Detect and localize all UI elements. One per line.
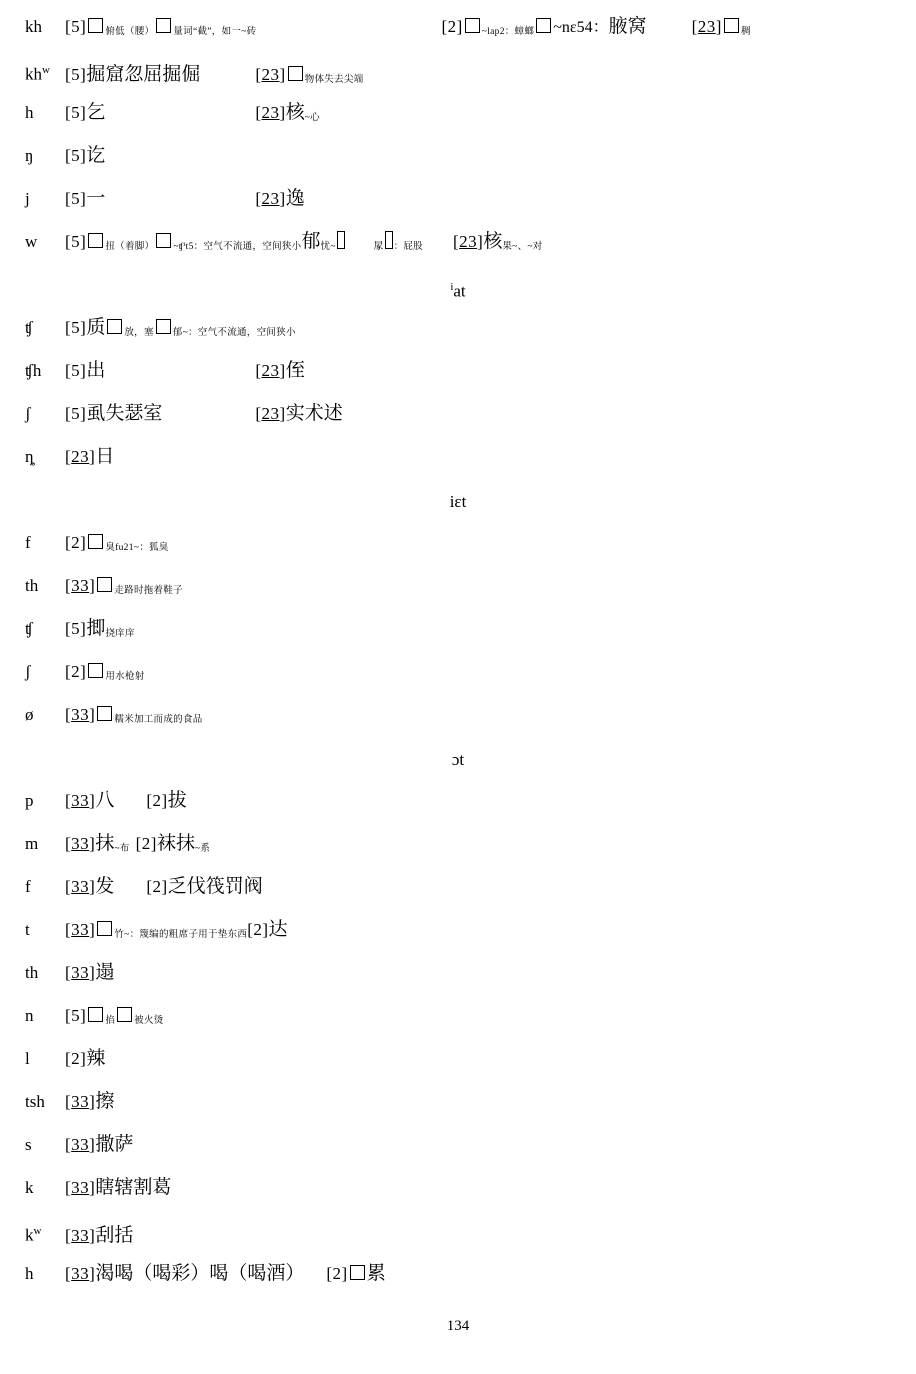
entry-content: [2]用水枪射 xyxy=(65,664,145,681)
tone-bracket: [23] xyxy=(255,103,285,122)
tone-number: 5 xyxy=(71,17,80,36)
entry-content: [33]糯米加工而成的食品 xyxy=(65,707,203,724)
tone-number: 5 xyxy=(71,619,80,638)
annotation-note: 臭fu21~：狐臭 xyxy=(105,543,168,553)
initial-label: j xyxy=(25,186,65,212)
tone-number: 2 xyxy=(448,17,457,36)
header-final-label: iɛt xyxy=(450,492,467,511)
annotation-note: 忧~ xyxy=(321,242,336,252)
tone-bracket: [23] xyxy=(255,189,285,208)
tone-segment: [33]撒萨 xyxy=(65,1137,133,1154)
tone-segment: [23]侄 xyxy=(255,363,304,380)
character-text: 掘窟忽屈掘倔 xyxy=(86,64,200,85)
annotation-note: 量词“截”，如一~砖 xyxy=(173,27,256,37)
tone-number: 5 xyxy=(71,103,80,122)
entry-row: k[33]瞎辖割葛 xyxy=(0,1175,916,1218)
tone-segment: [23]核果~、~对 xyxy=(453,234,543,251)
annotation-note: 果~、~对 xyxy=(502,242,542,252)
initial-label: ʧh xyxy=(25,358,65,384)
missing-glyph-box xyxy=(337,231,345,249)
character-text: 八 xyxy=(95,790,114,811)
tone-number: 23 xyxy=(262,404,280,423)
entry-row: s[33]撒萨 xyxy=(0,1132,916,1175)
character-text: 出 xyxy=(86,360,105,381)
initial-label: th xyxy=(25,960,65,986)
tone-segment: [23]日 xyxy=(65,449,114,466)
tone-number: 2 xyxy=(71,662,80,681)
entry-row: ŋ[5]讫 xyxy=(0,143,916,186)
tone-bracket: [33] xyxy=(65,576,95,595)
entry-row: t[33]竹~：篾编的粗席子用于垫东西[2]达 xyxy=(0,917,916,960)
undefined-char-box xyxy=(97,706,112,721)
tone-number: 2 xyxy=(71,533,80,552)
tone-number: 2 xyxy=(153,877,162,896)
tone-number: 33 xyxy=(71,920,89,939)
initial-label: p xyxy=(25,788,65,814)
initial-label: f xyxy=(25,530,65,556)
tone-number: 5 xyxy=(71,189,80,208)
initial-label: s xyxy=(25,1132,65,1158)
character-text: 抹 xyxy=(95,833,114,854)
tone-segment: [23]逸 xyxy=(255,191,304,208)
phonetic-note: ~nɛ54： xyxy=(553,19,608,36)
character-text: 腋窝 xyxy=(609,16,647,37)
tone-segment: [33]走路时拖着鞋子 xyxy=(65,578,183,595)
undefined-char-box xyxy=(156,18,171,33)
character-text: 发 xyxy=(95,876,114,897)
tone-bracket: [33] xyxy=(65,791,95,810)
tone-segment: [23]稠 xyxy=(692,19,751,36)
entry-row: p[33]八[2]拔 xyxy=(0,788,916,831)
undefined-char-box xyxy=(97,921,112,936)
entry-row: th[33]遢 xyxy=(0,960,916,1003)
tone-segment: [2]用水枪射 xyxy=(65,664,145,681)
tone-segment: [33]遢 xyxy=(65,965,114,982)
tone-segment: [5]出 xyxy=(65,363,105,380)
tone-number: 33 xyxy=(71,1092,89,1111)
entry-content: [33]刮括 xyxy=(65,1228,133,1245)
initial-label: ʃ xyxy=(25,659,65,685)
undefined-char-box xyxy=(156,319,171,334)
entry-row: ø[33]糯米加工而成的食品 xyxy=(0,702,916,745)
tone-segment: [23]物体失去尖端 xyxy=(255,67,363,84)
tone-segment: [2]达 xyxy=(247,922,287,939)
character-text: 虱失瑟室 xyxy=(86,403,162,424)
tone-segment: [33]竹~：篾编的粗席子用于垫东西 xyxy=(65,922,247,939)
entry-content: [5]一[23]逸 xyxy=(65,191,305,208)
entry-content: [2]辣 xyxy=(65,1051,105,1068)
tone-bracket: [33] xyxy=(65,705,95,724)
initial-label: m xyxy=(25,831,65,857)
undefined-char-box xyxy=(536,18,551,33)
entry-row: h[33]渴喝（喝彩）喝（喝酒）[2]累 xyxy=(0,1261,916,1304)
tone-bracket: [33] xyxy=(65,1264,95,1283)
character-text: 乞 xyxy=(86,102,105,123)
tone-segment: [2]~lap2：蟑螂~nɛ54：腋窝 xyxy=(441,19,646,36)
tone-number: 33 xyxy=(71,1178,89,1197)
tone-bracket: [33] xyxy=(65,1092,95,1111)
initial-label: f xyxy=(25,874,65,900)
entry-content: [33]走路时拖着鞋子 xyxy=(65,578,183,595)
tone-number: 23 xyxy=(262,103,280,122)
annotation-note: 被火烫 xyxy=(134,1016,163,1026)
final-section-header: iat xyxy=(0,272,916,315)
tone-segment: [33]发 xyxy=(65,879,114,896)
tone-number: 33 xyxy=(71,834,89,853)
tone-bracket: [2] xyxy=(146,791,167,810)
entry-content: [5]扭（着脚）~ʧⁱt5：空气不流通，空间狭小郁忧~㞘：屁股[23]核果~、~… xyxy=(65,234,543,251)
entry-content: [5]出[23]侄 xyxy=(65,363,305,380)
entry-row: ȵ[23]日 xyxy=(0,444,916,487)
tone-bracket: [5] xyxy=(65,103,86,122)
tone-number: 23 xyxy=(71,447,89,466)
undefined-char-box xyxy=(88,18,103,33)
entry-row: ʧ[5]揤挠庠庠 xyxy=(0,616,916,659)
character-text: 郁 xyxy=(301,231,320,252)
header-final-label: ɔt xyxy=(452,750,464,769)
undefined-char-box xyxy=(97,577,112,592)
dictionary-page: kh[5]俯低（腰）量词“截”，如一~砖[2]~lap2：蟑螂~nɛ54：腋窝[… xyxy=(0,0,916,1374)
annotation-note: 掐 xyxy=(105,1016,115,1026)
tone-number: 2 xyxy=(253,920,262,939)
tone-segment: [2]辣 xyxy=(65,1051,105,1068)
entry-row: h[5]乞[23]核~心 xyxy=(0,100,916,143)
tone-segment: [5]掘窟忽屈掘倔 xyxy=(65,67,200,84)
tone-number: 33 xyxy=(71,1264,89,1283)
annotation-note: 竹~：篾编的粗席子用于垫东西 xyxy=(114,930,247,940)
annotation-note: 俯低（腰） xyxy=(105,27,154,37)
page-number: 134 xyxy=(0,1318,916,1335)
tone-segment: [2]累 xyxy=(326,1266,385,1283)
tone-segment: [2]袜抹~系 xyxy=(136,836,211,853)
undefined-char-box xyxy=(156,233,171,248)
tone-number: 2 xyxy=(153,791,162,810)
entry-content: [33]抹~布[2]袜抹~系 xyxy=(65,836,210,853)
character-text: 袜抹 xyxy=(157,833,195,854)
entry-content: [33]遢 xyxy=(65,965,114,982)
final-section-header: iɛt xyxy=(0,487,916,530)
entry-row: kw[33]刮括 xyxy=(0,1218,916,1261)
initial-label: h xyxy=(25,100,65,126)
character-text: 实术述 xyxy=(286,403,343,424)
header-final-label: at xyxy=(453,282,465,301)
initial-label: ʧ xyxy=(25,616,65,642)
entry-content: [5]乞[23]核~心 xyxy=(65,105,320,122)
undefined-char-box xyxy=(107,319,122,334)
tone-number: 5 xyxy=(71,146,80,165)
entry-content: [33]竹~：篾编的粗席子用于垫东西[2]达 xyxy=(65,922,288,939)
entry-content: [33]渴喝（喝彩）喝（喝酒）[2]累 xyxy=(65,1266,386,1283)
tone-segment: [33]抹~布 xyxy=(65,836,130,853)
entry-content: [33]擦 xyxy=(65,1094,114,1111)
initial-label: ʃ xyxy=(25,401,65,427)
tone-segment: [23]核~心 xyxy=(255,105,320,122)
missing-glyph-box xyxy=(385,231,393,249)
initial-label: ŋ xyxy=(25,143,65,169)
tone-bracket: [23] xyxy=(255,361,285,380)
tone-number: 33 xyxy=(71,705,89,724)
tone-segment: [23]实术述 xyxy=(255,406,342,423)
tone-segment: [2]臭fu21~：狐臭 xyxy=(65,535,169,552)
entry-row: th[33]走路时拖着鞋子 xyxy=(0,573,916,616)
tone-bracket: [2] xyxy=(441,17,462,36)
entry-row: f[33]发[2]乏伐筏罚阀 xyxy=(0,874,916,917)
tone-number: 23 xyxy=(262,361,280,380)
tone-number: 23 xyxy=(459,232,477,251)
entry-content: [5]掘窟忽屈掘倔[23]物体失去尖端 xyxy=(65,67,364,84)
annotation-note: 稠 xyxy=(741,27,751,37)
tone-bracket: [2] xyxy=(65,662,86,681)
character-text: 揤 xyxy=(86,618,105,639)
tone-number: 2 xyxy=(142,834,151,853)
initial-label: w xyxy=(25,229,65,255)
entry-content: [5]虱失瑟室[23]实术述 xyxy=(65,406,343,423)
character-text: 擦 xyxy=(95,1091,114,1112)
tone-segment: [5]俯低（腰）量词“截”，如一~砖 xyxy=(65,19,256,36)
tone-bracket: [5] xyxy=(65,361,86,380)
character-text: 核 xyxy=(483,231,502,252)
tone-segment: [5]揤挠庠庠 xyxy=(65,621,135,638)
character-text: 撒萨 xyxy=(95,1134,133,1155)
tone-number: 5 xyxy=(71,1006,80,1025)
character-text: 辣 xyxy=(86,1048,105,1069)
annotation-note: ~心 xyxy=(305,113,320,123)
entry-content: [33]发[2]乏伐筏罚阀 xyxy=(65,879,263,896)
tone-bracket: [5] xyxy=(65,65,86,84)
tone-number: 2 xyxy=(333,1264,342,1283)
tone-number: 33 xyxy=(71,877,89,896)
entry-content: [5]质放，塞郁~：空气不流通，空间狭小 xyxy=(65,320,296,337)
initial-label: th xyxy=(25,573,65,599)
character-text: 一 xyxy=(86,188,105,209)
tone-number: 33 xyxy=(71,963,89,982)
annotation-note: ~lap2：蟑螂 xyxy=(482,27,534,37)
annotation-note: 放，塞 xyxy=(124,328,153,338)
entry-row: j[5]一[23]逸 xyxy=(0,186,916,229)
entry-content: [2]臭fu21~：狐臭 xyxy=(65,535,169,552)
undefined-char-box xyxy=(88,663,103,678)
initial-label: n xyxy=(25,1003,65,1029)
annotation-note: 挠庠庠 xyxy=(105,629,134,639)
annotation-note: 郁~：空气不流通，空间狭小 xyxy=(173,328,296,338)
tone-segment: [5]虱失瑟室 xyxy=(65,406,162,423)
initial-label: tsh xyxy=(25,1089,65,1115)
tone-bracket: [23] xyxy=(255,404,285,423)
entry-row: tsh[33]擦 xyxy=(0,1089,916,1132)
entry-content: [5]揤挠庠庠 xyxy=(65,621,135,638)
annotation-note: ~系 xyxy=(195,844,210,854)
initial-label: t xyxy=(25,917,65,943)
entry-row: khw[5]掘窟忽屈掘倔[23]物体失去尖端 xyxy=(0,57,916,100)
entry-row: ʧh[5]出[23]侄 xyxy=(0,358,916,401)
initial-label: k xyxy=(25,1175,65,1201)
tone-bracket: [5] xyxy=(65,17,86,36)
tone-bracket: [2] xyxy=(146,877,167,896)
tone-bracket: [2] xyxy=(326,1264,347,1283)
initial-label: ø xyxy=(25,702,65,728)
tone-number: 33 xyxy=(71,576,89,595)
annotation-note: 走路时拖着鞋子 xyxy=(114,586,183,596)
tone-bracket: [33] xyxy=(65,920,95,939)
tone-bracket: [2] xyxy=(65,1049,86,1068)
initial-label: ʧ xyxy=(25,315,65,341)
tone-bracket: [2] xyxy=(136,834,157,853)
tone-number: 33 xyxy=(71,791,89,810)
tone-segment: [33]渴喝（喝彩）喝（喝酒） xyxy=(65,1266,304,1283)
undefined-char-box xyxy=(288,66,303,81)
character-text: 刮括 xyxy=(95,1225,133,1246)
tone-bracket: [33] xyxy=(65,834,95,853)
character-text: 乏伐筏罚阀 xyxy=(168,876,263,897)
initial-label: ȵ xyxy=(25,444,65,470)
initial-label: h xyxy=(25,1261,65,1287)
tone-bracket: [5] xyxy=(65,404,86,423)
tone-bracket: [23] xyxy=(255,65,285,84)
entry-content: [23]日 xyxy=(65,449,114,466)
entry-row: ʃ[5]虱失瑟室[23]实术述 xyxy=(0,401,916,444)
annotation-note: ：屁股 xyxy=(394,242,423,252)
tone-bracket: [5] xyxy=(65,1006,86,1025)
entry-row: w[5]扭（着脚）~ʧⁱt5：空气不流通，空间狭小郁忧~㞘：屁股[23]核果~、… xyxy=(0,229,916,272)
tone-segment: [5]掐被火烫 xyxy=(65,1008,164,1025)
tone-segment: [5]质放，塞郁~：空气不流通，空间狭小 xyxy=(65,320,296,337)
initial-superscript: w xyxy=(42,64,50,76)
tone-number: 23 xyxy=(262,189,280,208)
tone-bracket: [5] xyxy=(65,318,86,337)
entry-content: [5]俯低（腰）量词“截”，如一~砖[2]~lap2：蟑螂~nɛ54：腋窝[23… xyxy=(65,19,751,36)
character-text: 达 xyxy=(269,919,288,940)
annotation-note: 用水枪射 xyxy=(105,672,144,682)
entry-content: [33]撒萨 xyxy=(65,1137,133,1154)
tone-bracket: [23] xyxy=(692,17,722,36)
character-text: 累 xyxy=(367,1263,386,1284)
entry-row: kh[5]俯低（腰）量词“截”，如一~砖[2]~lap2：蟑螂~nɛ54：腋窝[… xyxy=(0,14,916,57)
tone-number: 5 xyxy=(71,404,80,423)
annotation-note: ~布 xyxy=(114,844,129,854)
tone-bracket: [2] xyxy=(65,533,86,552)
initial-label: khw xyxy=(25,57,65,88)
tone-segment: [33]瞎辖割葛 xyxy=(65,1180,171,1197)
undefined-char-box xyxy=(117,1007,132,1022)
tone-number: 5 xyxy=(71,361,80,380)
entry-row: ʧ[5]质放，塞郁~：空气不流通，空间狭小 xyxy=(0,315,916,358)
tone-segment: [33]糯米加工而成的食品 xyxy=(65,707,203,724)
tone-bracket: [2] xyxy=(247,920,268,939)
annotation-note: 㞘 xyxy=(374,242,384,252)
initial-label: l xyxy=(25,1046,65,1072)
character-text: 质 xyxy=(86,317,105,338)
character-text: 瞎辖割葛 xyxy=(95,1177,171,1198)
character-text: 核 xyxy=(286,102,305,123)
tone-bracket: [33] xyxy=(65,1135,95,1154)
entry-row: m[33]抹~布[2]袜抹~系 xyxy=(0,831,916,874)
undefined-char-box xyxy=(88,1007,103,1022)
entry-content: [5]讫 xyxy=(65,148,105,165)
tone-segment: [33]刮括 xyxy=(65,1228,133,1245)
undefined-char-box xyxy=(350,1265,365,1280)
tone-number: 2 xyxy=(71,1049,80,1068)
final-section-header: ɔt xyxy=(0,745,916,788)
character-text: 渴喝（喝彩）喝（喝酒） xyxy=(95,1263,304,1284)
tone-bracket: [33] xyxy=(65,1178,95,1197)
character-text: 逸 xyxy=(286,188,305,209)
entry-row: l[2]辣 xyxy=(0,1046,916,1089)
character-text: 遢 xyxy=(95,962,114,983)
entry-content: [33]瞎辖割葛 xyxy=(65,1180,171,1197)
tone-bracket: [5] xyxy=(65,619,86,638)
tone-bracket: [33] xyxy=(65,1226,95,1245)
undefined-char-box xyxy=(88,233,103,248)
entries-list: kh[5]俯低（腰）量词“截”，如一~砖[2]~lap2：蟑螂~nɛ54：腋窝[… xyxy=(0,14,916,1304)
character-text: 拔 xyxy=(168,790,187,811)
annotation-note: 扭（着脚） xyxy=(105,242,154,252)
character-text: 侄 xyxy=(286,360,305,381)
tone-bracket: [33] xyxy=(65,877,95,896)
tone-bracket: [5] xyxy=(65,232,86,251)
tone-number: 5 xyxy=(71,232,80,251)
tone-number: 33 xyxy=(71,1226,89,1245)
annotation-note: 糯米加工而成的食品 xyxy=(114,715,202,725)
initial-label: kh xyxy=(25,14,65,40)
tone-segment: [33]八 xyxy=(65,793,114,810)
entry-row: f[2]臭fu21~：狐臭 xyxy=(0,530,916,573)
tone-segment: [33]擦 xyxy=(65,1094,114,1111)
tone-number: 23 xyxy=(262,65,280,84)
undefined-char-box xyxy=(465,18,480,33)
initial-superscript: w xyxy=(34,1225,42,1237)
tone-segment: [5]乞 xyxy=(65,105,105,122)
tone-bracket: [5] xyxy=(65,146,86,165)
entry-content: [5]掐被火烫 xyxy=(65,1008,164,1025)
tone-segment: [5]一 xyxy=(65,191,105,208)
tone-segment: [2]拔 xyxy=(146,793,186,810)
tone-segment: [2]乏伐筏罚阀 xyxy=(146,879,262,896)
tone-segment: [5]讫 xyxy=(65,148,105,165)
tone-number: 33 xyxy=(71,1135,89,1154)
undefined-char-box xyxy=(88,534,103,549)
entry-content: [33]八[2]拔 xyxy=(65,793,187,810)
entry-row: ʃ[2]用水枪射 xyxy=(0,659,916,702)
tone-bracket: [33] xyxy=(65,963,95,982)
annotation-note: ~ʧⁱt5：空气不流通，空间狭小 xyxy=(173,242,301,252)
entry-row: n[5]掐被火烫 xyxy=(0,1003,916,1046)
tone-bracket: [23] xyxy=(65,447,95,466)
tone-number: 23 xyxy=(698,17,716,36)
annotation-note: 物体失去尖端 xyxy=(305,75,364,85)
tone-bracket: [23] xyxy=(453,232,483,251)
tone-segment: [5]扭（着脚）~ʧⁱt5：空气不流通，空间狭小郁忧~㞘：屁股 xyxy=(65,234,423,251)
initial-label: kw xyxy=(25,1218,65,1249)
undefined-char-box xyxy=(724,18,739,33)
character-text: 讫 xyxy=(86,145,105,166)
character-text: 日 xyxy=(95,446,114,467)
tone-number: 5 xyxy=(71,65,80,84)
tone-bracket: [5] xyxy=(65,189,86,208)
tone-number: 5 xyxy=(71,318,80,337)
